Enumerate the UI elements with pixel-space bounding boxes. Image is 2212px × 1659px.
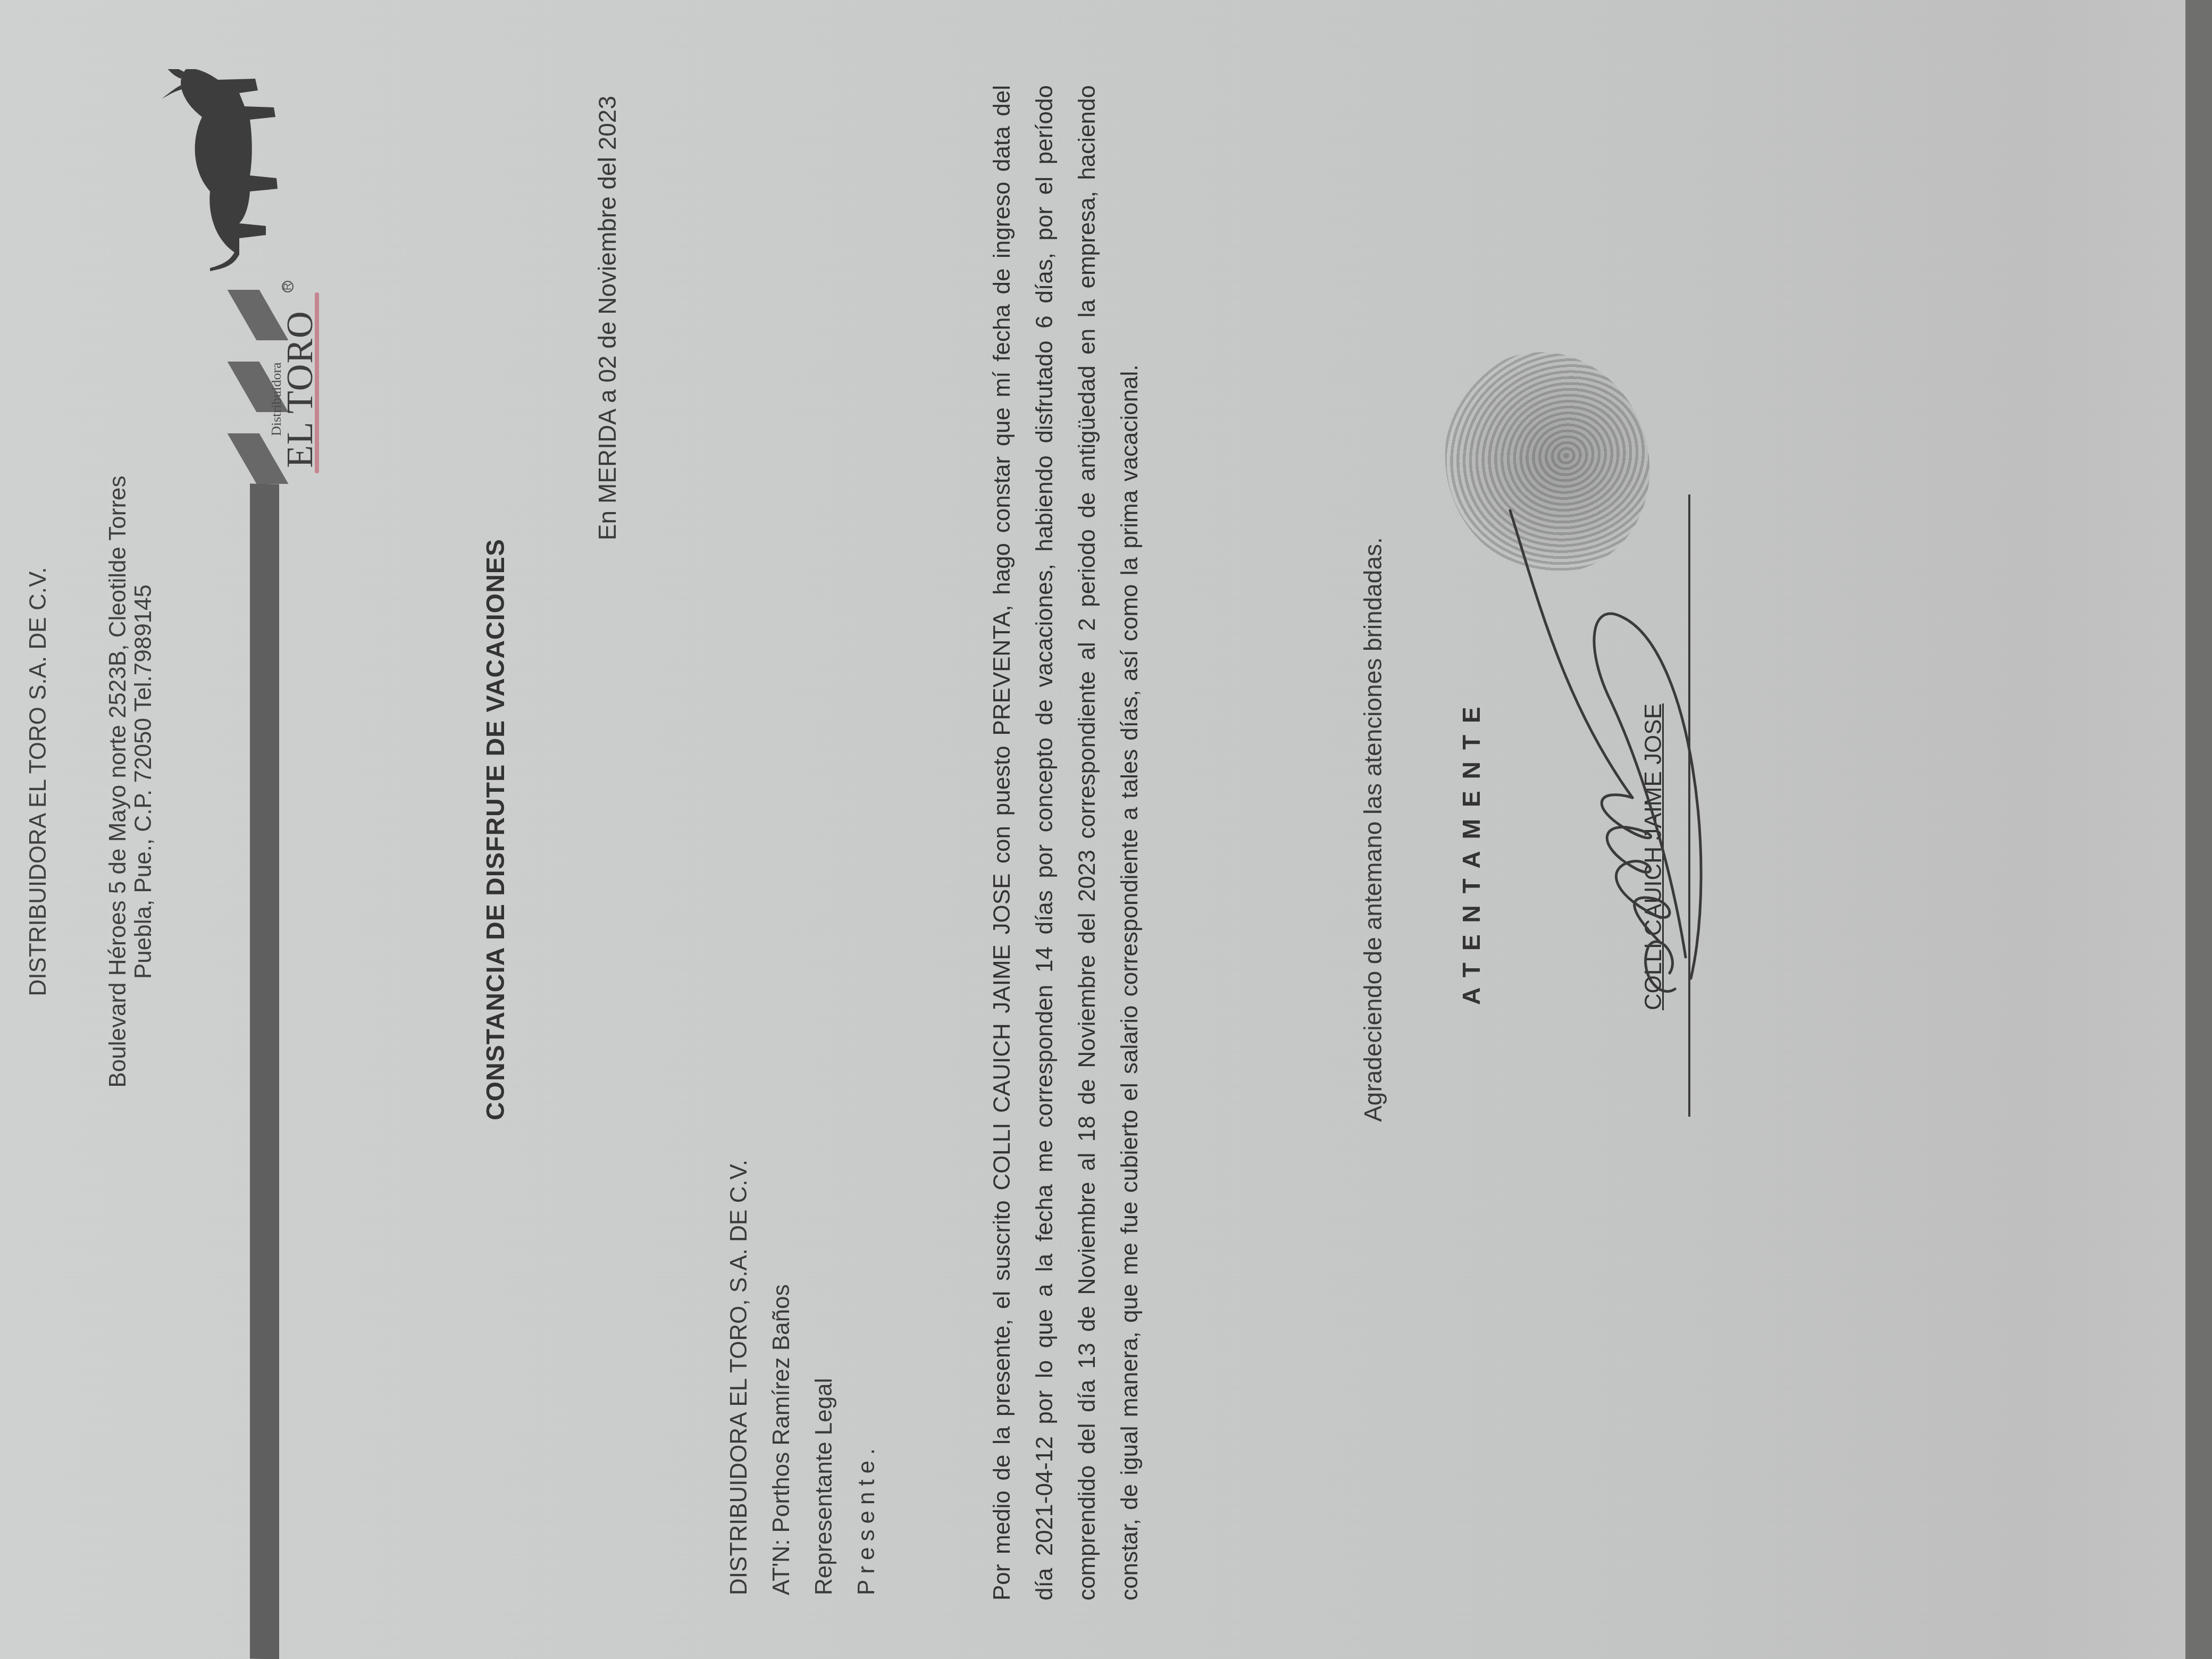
letterhead-address: Boulevard Héroes 5 de Mayo norte 2523B, … [106,0,130,1659]
recipient-company: DISTRIBUIDORA EL TORO, S.A. DE C.V. [726,1160,752,1595]
recipient-salutation: Presente. [853,1443,880,1595]
recipient-attention: AT'N: Porthos Ramírez Baños [768,1284,795,1595]
document-page: DISTRIBUIDORA EL TORO S.A. DE C.V. Boule… [0,0,2212,1659]
body-paragraph: Por medio de la presente, el suscrito CO… [981,85,1151,1601]
closing-line: Agradeciendo de antemano las atenciones … [1359,0,1387,1659]
document-title: CONSTANCIA DE DISFRUTE DE VACACIONES [481,0,510,1659]
recipient-role: Representante Legal [811,1378,837,1595]
sign-off: ATENTAMENTE [1457,695,1486,1005]
place-date: En MERIDA a 02 de Noviembre del 2023 [593,96,622,659]
letterhead-city-phone: Puebla, Pue., C.P. 72050 Tel.7989145 [132,0,155,1659]
logo-tagline [315,292,319,473]
registered-mark-icon: R [282,281,294,292]
letterhead-bar [250,484,279,1659]
handwritten-signature-icon [1499,436,1723,1021]
letterhead-company: DISTRIBUIDORA EL TORO S.A. DE C.V. [27,0,50,1659]
